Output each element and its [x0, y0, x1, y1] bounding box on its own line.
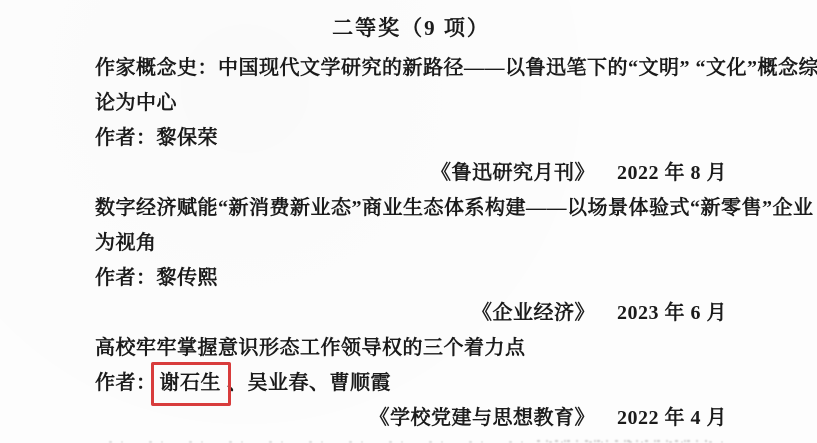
entry-title-line: 数字经济赋能“新消费新业态”商业生态体系构建——以场景体验式“新零售”企业: [95, 195, 727, 221]
entry-journal-line: 《学校党建与思想教育》2022 年 4 月: [95, 405, 727, 431]
entry-author-line: 作者：黎传熙: [95, 265, 727, 291]
document-page: 二等奖（9 项） 作家概念史：中国现代文学研究的新路径——以鲁迅笔下的“文明” …: [0, 0, 817, 443]
cutoff-text-remnant: [537, 437, 707, 442]
journal-name: 《学校党建与思想教育》: [370, 407, 596, 429]
author-names: 黎传熙: [157, 267, 219, 289]
award-entry-3: 高校牢牢掌握意识形态工作领导权的三个着力点 作者：谢石生、吴业春、曹顺霞 《学校…: [95, 335, 727, 431]
journal-date: 2022 年 8 月: [617, 160, 727, 186]
entry-title-line: 作家概念史：中国现代文学研究的新路径——以鲁迅笔下的“文明” “文化”概念综: [95, 55, 727, 81]
journal-date: 2022 年 4 月: [617, 405, 727, 431]
entry-author-line: 作者：谢石生、吴业春、曹顺霞: [95, 370, 727, 396]
entry-journal-line: 《企业经济》2023 年 6 月: [95, 300, 727, 326]
entry-author-line: 作者：黎保荣: [95, 125, 727, 151]
journal-name: 《企业经济》: [472, 302, 595, 324]
author-name-highlighted: 谢石生: [160, 372, 222, 394]
author-names: 黎保荣: [157, 127, 219, 149]
author-names: 、吴业春、曹顺霞: [227, 372, 391, 394]
entry-title-line: 高校牢牢掌握意识形态工作领导权的三个着力点: [95, 335, 727, 361]
award-entry-2: 数字经济赋能“新消费新业态”商业生态体系构建——以场景体验式“新零售”企业 为视…: [95, 195, 727, 326]
document-content: 二等奖（9 项） 作家概念史：中国现代文学研究的新路径——以鲁迅笔下的“文明” …: [95, 0, 727, 440]
entry-title-line: 论为中心: [95, 90, 727, 116]
entry-journal-line: 《鲁迅研究月刊》2022 年 8 月: [95, 160, 727, 186]
journal-name: 《鲁迅研究月刊》: [431, 162, 595, 184]
author-label: 作者：: [95, 127, 157, 149]
red-box-annotation: 谢石生: [151, 362, 232, 406]
journal-date: 2023 年 6 月: [617, 300, 727, 326]
award-entry-1: 作家概念史：中国现代文学研究的新路径——以鲁迅笔下的“文明” “文化”概念综 论…: [95, 55, 727, 186]
author-label: 作者：: [95, 267, 157, 289]
author-label: 作者：: [95, 372, 157, 394]
section-title: 二等奖（9 项）: [95, 13, 727, 43]
entry-title-line: 为视角: [95, 230, 727, 256]
